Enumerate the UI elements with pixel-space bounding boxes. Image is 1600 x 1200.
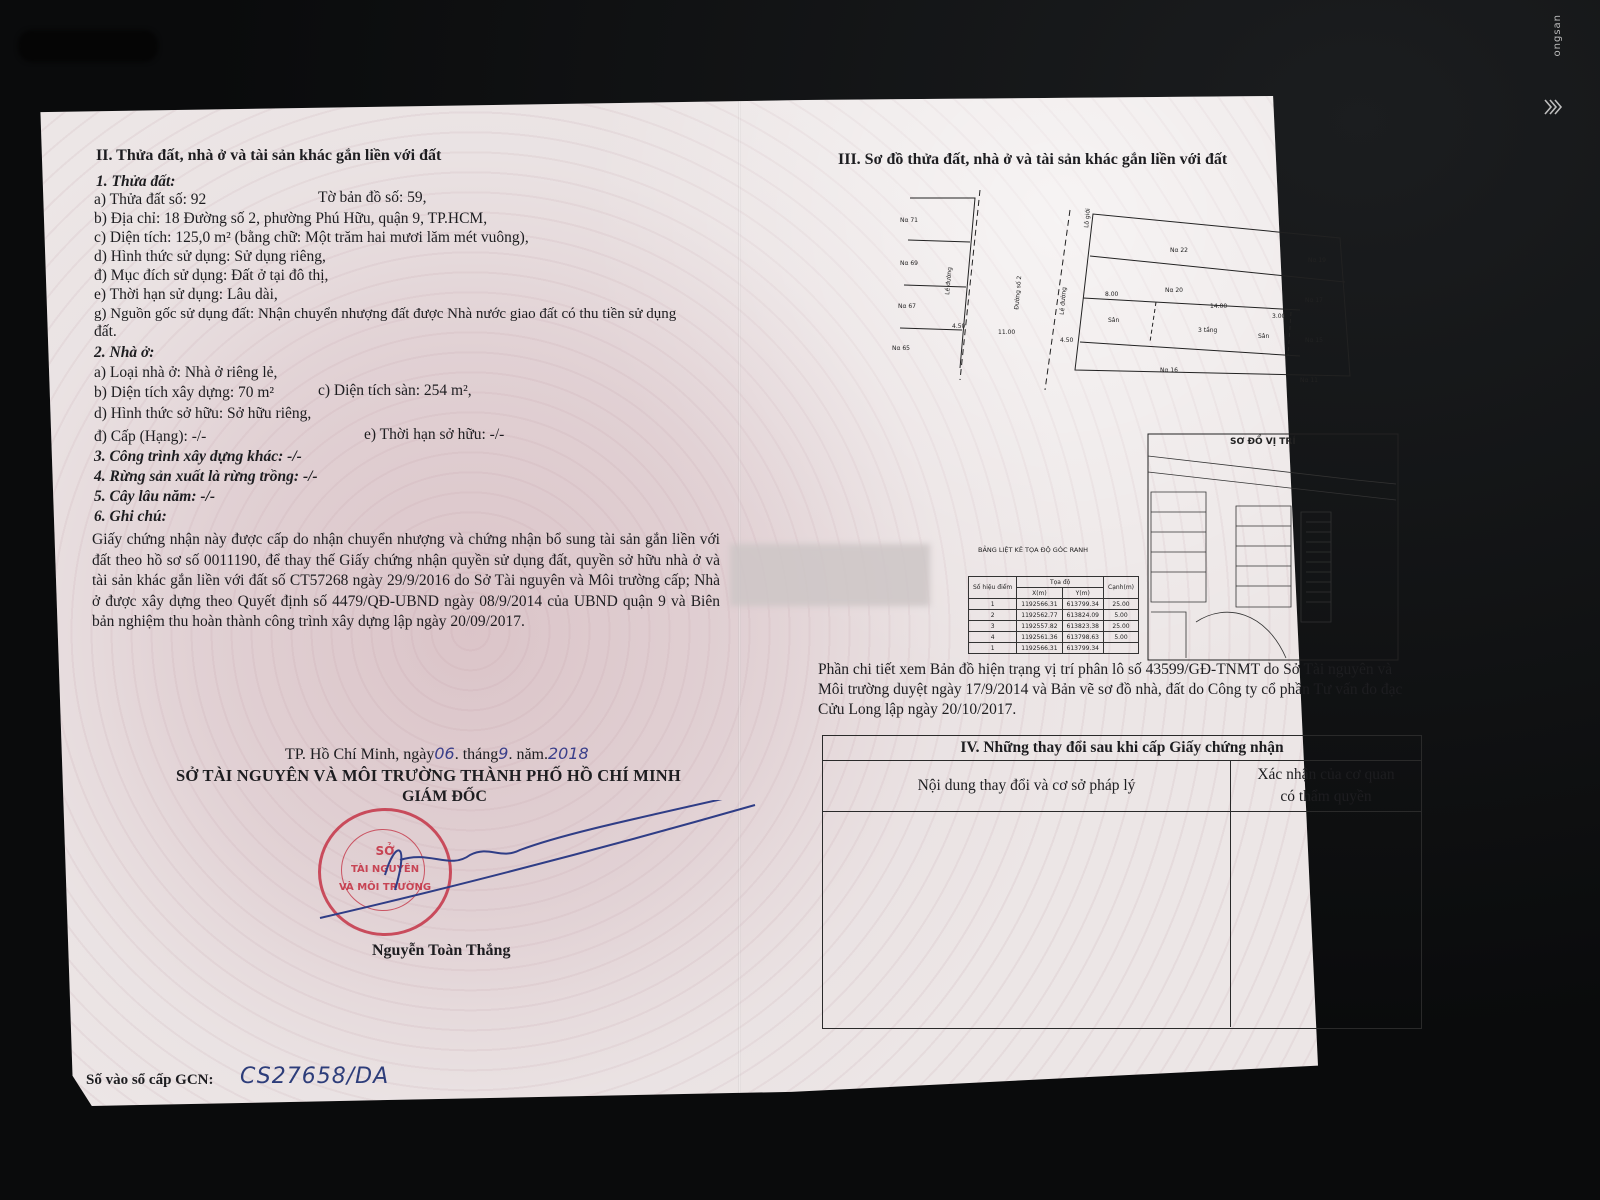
table-row: 21192562.77613824.095.00	[969, 610, 1139, 621]
blurred-region	[730, 544, 930, 606]
svg-text:Lề đường: Lề đường	[943, 267, 953, 296]
svg-text:Sân: Sân	[1258, 333, 1269, 340]
brand-chevrons-icon	[1542, 96, 1564, 118]
authority-confirmation-cell	[1231, 812, 1421, 1027]
svg-text:Nα 69: Nα 69	[900, 260, 918, 267]
svg-text:Nα 71: Nα 71	[900, 217, 918, 224]
production-forest: 4. Rừng sản xuất là rừng trồng: -/-	[94, 467, 318, 487]
issue-place: TP. Hồ Chí Minh, ngày	[285, 746, 434, 763]
signer-name: Nguyễn Toàn Thắng	[372, 942, 510, 960]
ownership-term: e) Thời hạn sở hữu: -/-	[364, 425, 504, 445]
perennial-trees: 5. Cây lâu năm: -/-	[94, 487, 215, 507]
svg-text:Nα 67: Nα 67	[898, 303, 916, 310]
ownership-form: d) Hình thức sở hữu: Sở hữu riêng,	[94, 404, 311, 424]
svg-text:Nα 22: Nα 22	[1170, 247, 1188, 254]
location-map-title: SƠ ĐỒ VỊ TRÍ	[1230, 434, 1296, 447]
table-row: 11192566.31613799.3425.00	[969, 599, 1139, 610]
house-grade: đ) Cấp (Hạng): -/-	[94, 427, 206, 447]
usage-form: d) Hình thức sử dụng: Sử dụng riêng,	[94, 247, 326, 267]
watermark-text: ongsan	[1552, 14, 1570, 56]
changes-title: IV. Những thay đổi sau khi cấp Giấy chứn…	[823, 736, 1421, 761]
usage-origin-cont: đất.	[94, 322, 117, 342]
svg-text:Nα 17: Nα 17	[1305, 297, 1323, 304]
issue-month: 9	[498, 744, 508, 763]
svg-text:Sân: Sân	[1108, 317, 1119, 324]
corner-coordinate-table: Số hiệu điểmTọa độCạnh(m) X(m)Y(m) 11192…	[968, 576, 1139, 654]
section-ii-title: II. Thửa đất, nhà ở và tài sản khác gắn …	[96, 146, 441, 166]
svg-text:Nα 16: Nα 16	[1160, 367, 1178, 374]
svg-text:3.00: 3.00	[1272, 313, 1286, 320]
svg-text:Lô giới: Lô giới	[1083, 208, 1092, 228]
change-content-header: Nội dung thay đổi và cơ sở pháp lý	[823, 761, 1231, 811]
table-row: 11192566.31613799.34	[969, 643, 1139, 654]
registry-number: CS27658/DA	[240, 1064, 389, 1089]
issuing-agency: SỞ TÀI NGUYÊN VÀ MÔI TRƯỜNG THÀNH PHỐ HỒ…	[176, 766, 681, 786]
redacted-mark	[18, 30, 158, 62]
svg-text:Nα 19: Nα 19	[1308, 257, 1326, 264]
table-row: 41192561.36613798.635.00	[969, 632, 1139, 643]
issue-day: 06	[434, 744, 454, 763]
svg-text:4.50: 4.50	[952, 323, 966, 330]
address: b) Địa chỉ: 18 Đường số 2, phường Phú Hữ…	[94, 209, 487, 229]
notes-text: Giấy chứng nhận này được cấp do nhận chu…	[92, 530, 720, 633]
plot-diagram: Nα 71 Nα 69 Nα 67 Nα 65 Nα 22 Nα 20 Nα 1…	[880, 190, 1360, 390]
authority-confirmation-header: Xác nhận của cơ quancó thẩm quyền	[1231, 761, 1421, 811]
handwritten-signature	[300, 800, 760, 930]
land-heading: 1. Thửa đất:	[96, 172, 175, 192]
svg-text:Nα 11: Nα 11	[1300, 377, 1318, 384]
svg-text:Nα 15: Nα 15	[1305, 337, 1323, 344]
map-sheet-number: Tờ bản đồ số: 59,	[318, 188, 427, 208]
notes-heading: 6. Ghi chú:	[94, 507, 167, 527]
svg-text:11.00: 11.00	[998, 329, 1015, 336]
coord-table-title: BẢNG LIỆT KÊ TỌA ĐỘ GÓC RANH	[978, 546, 1088, 554]
issue-date: TP. Hồ Chí Minh, ngày06. tháng9. năm.201…	[285, 744, 589, 764]
floor-area: c) Diện tích sàn: 254 m²,	[318, 381, 472, 401]
other-works: 3. Công trình xây dựng khác: -/-	[94, 447, 302, 467]
built-area: b) Diện tích xây dựng: 70 m²	[94, 383, 274, 403]
detail-reference-note: Phần chi tiết xem Bản đồ hiện trạng vị t…	[818, 660, 1408, 720]
table-row: 31192557.82613823.3825.00	[969, 621, 1139, 632]
change-content-cell	[823, 812, 1231, 1027]
section-iii-title: III. Sơ đồ thửa đất, nhà ở và tài sản kh…	[838, 150, 1227, 170]
svg-text:Đường số 2: Đường số 2	[1013, 275, 1023, 310]
parcel-number: a) Thửa đất số: 92	[94, 190, 206, 210]
svg-text:14.00: 14.00	[1210, 303, 1227, 310]
land-area: c) Diện tích: 125,0 m² (bằng chữ: Một tr…	[94, 228, 529, 248]
year-label: năm	[516, 746, 544, 763]
house-type: a) Loại nhà ở: Nhà ở riêng lẻ,	[94, 363, 277, 383]
house-heading: 2. Nhà ở:	[94, 343, 154, 363]
svg-text:3 tầng: 3 tầng	[1198, 326, 1218, 334]
changes-table: IV. Những thay đổi sau khi cấp Giấy chứn…	[822, 735, 1422, 1029]
svg-text:8.00: 8.00	[1105, 291, 1119, 298]
usage-purpose: đ) Mục đích sử dụng: Đất ở tại đô thị,	[94, 266, 328, 286]
usage-origin: g) Nguồn gốc sử dụng đất: Nhận chuyển nh…	[94, 304, 676, 324]
registry-label: Số vào sổ cấp GCN:	[86, 1072, 214, 1089]
svg-text:Nα 20: Nα 20	[1165, 287, 1183, 294]
month-label: tháng	[463, 746, 499, 763]
issue-year: 2018	[548, 744, 589, 763]
svg-text:Nα 65: Nα 65	[892, 345, 910, 352]
svg-text:4.50: 4.50	[1060, 337, 1074, 344]
location-map: SƠ ĐỒ VỊ TRÍ	[1146, 432, 1402, 664]
usage-term: e) Thời hạn sử dụng: Lâu dài,	[94, 285, 278, 305]
